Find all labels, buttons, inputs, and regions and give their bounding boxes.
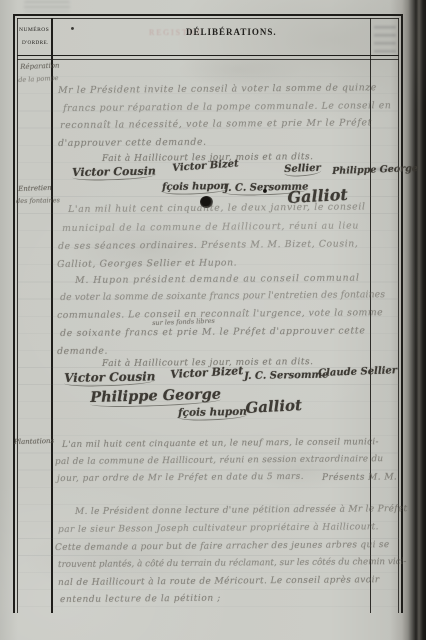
signature-george-1: Philippe George [332, 163, 418, 177]
margin-note-entretien: Entretien [18, 184, 52, 193]
numeros-column-header-line1: NUMÉROS [19, 27, 49, 33]
scanned-register-page: NUMÉROS D'ORDRE. REGISTRE DÉLIBÉRATIONS.… [0, 0, 426, 640]
para4-line5: nal de Haillicourt à la route de Méricou… [58, 575, 380, 588]
para4-line6: entendu lecture de la pétition ; [60, 594, 221, 605]
ink-speck-header [71, 27, 74, 30]
margin-note-reparation-2: de la pompe [18, 74, 59, 84]
para3-line1: L'an mil huit cent cinquante et un, le n… [62, 437, 379, 450]
para2-line9: demande. [57, 346, 108, 357]
para1-line3: reconnaît la nécessité, vote la somme et… [60, 117, 372, 131]
para2-line6: de voter la somme de soixante francs pou… [60, 289, 385, 303]
signature-george-2: Philippe George [90, 386, 221, 408]
frame-left-inner [17, 18, 18, 613]
para1-line1: Mr le Président invite le conseil à vote… [58, 82, 377, 96]
frame-right-inner [398, 18, 399, 613]
faded-stamp [24, 1, 70, 12]
para2-line1: L'an mil huit cent cinquante, le deux ja… [68, 201, 366, 215]
para2-line5: M. Hupon président demande au conseil co… [75, 273, 360, 286]
signature-cousin-2: Victor Cousin [64, 369, 156, 387]
signature-cousin-1: Victor Cousin [72, 165, 156, 181]
signature-hupon-2: fçois hupon [178, 406, 247, 421]
numeros-column-divider [51, 18, 53, 613]
margin-note-plantations: Plantations [14, 437, 54, 446]
para4-line1: M. le Président donne lecture d'une péti… [75, 504, 407, 517]
signature-sellier-1: Sellier [284, 163, 321, 177]
para2-line3: de ses séances ordinaires. Présents M. M… [58, 238, 358, 252]
para2-line4: Galliot, Georges Sellier et Hupon. [57, 257, 237, 270]
header-separator-thin [17, 59, 399, 60]
numeros-column-header-line2: D'ORDRE. [22, 40, 49, 46]
frame-left-outer [13, 14, 15, 613]
signature-sersomme-2: J. C. Sersomme [244, 370, 329, 382]
para4-line3: Cette demande a pour but de faire arrach… [55, 540, 389, 553]
signature-galliot-2: Galliot [245, 396, 302, 417]
margin-note-entretien-2: des fontaines [16, 196, 60, 205]
signature-hupon-1: fçois hupon [162, 181, 228, 195]
signature-bizet-2: Victor Bizet [170, 364, 244, 381]
para1-line4: d'approuver cette demande. [58, 137, 207, 149]
para3-line2: pal de la commune de Haillicourt, réuni … [55, 454, 383, 467]
bleedthrough-marks-top [374, 26, 396, 54]
para2-line7: communales. Le conseil en reconnaît l'ur… [57, 307, 383, 321]
margin-note-reparation: Réparation [20, 62, 60, 71]
frame-top-inner [17, 18, 399, 19]
para2-interlinear-insert: sur les fonds libres [152, 317, 215, 327]
ink-blot-small [263, 189, 267, 193]
para2-line8: de soixante francs et prie M. le Préfet … [60, 325, 366, 339]
para3-presents: Présents M. M. [322, 472, 397, 483]
para4-line4: trouvent plantés, à côté du terrain du r… [58, 557, 406, 570]
frame-right-outer [401, 14, 403, 613]
para1-line2: francs pour réparation de la pompe commu… [63, 100, 392, 114]
para4-line2: par le sieur Besson Joseph cultivateur p… [58, 522, 379, 535]
page-title: DÉLIBÉRATIONS. [186, 27, 277, 37]
frame-top-outer [13, 14, 403, 16]
signature-sellier-2: Claude Sellier [318, 365, 397, 379]
para2-line2: municipal de la commune de Haillicourt, … [62, 220, 359, 234]
header-separator-thick [17, 55, 399, 57]
para3-line3: jour, par ordre de Mr le Préfet en date … [57, 472, 304, 484]
